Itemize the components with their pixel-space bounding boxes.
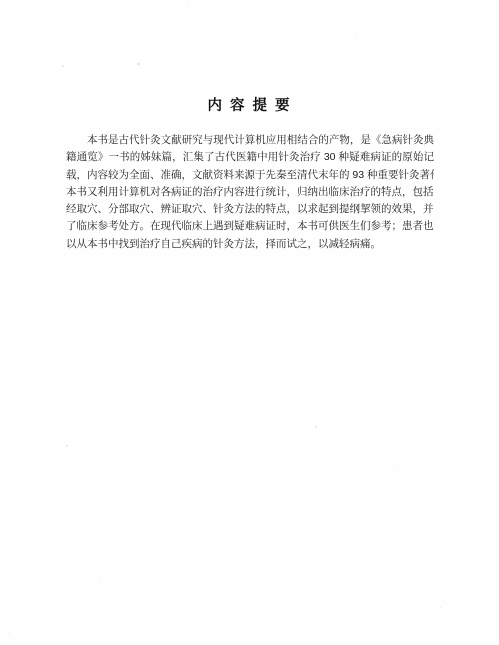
- paragraph-line: 了临床参考处方。在现代临床上遇到疑难病证时，本书可供医生们参考；患者也可: [66, 218, 434, 235]
- paragraph-line: 本书是古代针灸文献研究与现代计算机应用相结合的产物，是《急病针灸典: [66, 132, 434, 149]
- scan-noise-speck: [8, 633, 9, 634]
- scan-noise-speck: [62, 65, 64, 67]
- paragraph-line: 籍通览》一书的姊妹篇，汇集了古代医籍中用针灸治疗 30 种疑难病证的原始记: [66, 149, 434, 166]
- paragraph-line: 经取穴、分部取穴、辨证取穴、针灸方法的特点，以求起到提纲挈领的效果，并提出: [66, 201, 434, 218]
- paragraph-line: 以从本书中找到治疗自己疾病的针灸方法，择而试之，以减轻病痛。: [66, 236, 434, 253]
- scan-noise-speck: [315, 426, 317, 428]
- scanned-book-page: 内 容 提 要 本书是古代针灸文献研究与现代计算机应用相结合的产物，是《急病针灸…: [0, 0, 499, 645]
- scan-noise-speck: [397, 465, 398, 466]
- scan-noise-speck: [137, 63, 140, 65]
- scan-noise-speck: [355, 37, 356, 38]
- paragraph-line: 本书又利用计算机对各病证的治疗内容进行统计，归纳出临床治疗的特点，包括循: [66, 184, 434, 201]
- scan-noise-speck: [66, 445, 68, 447]
- paragraph-line: 载，内容较为全面、准确，文献资料来源于先秦至清代末年的 93 种重要针灸著作。: [66, 167, 434, 184]
- page-title: 内 容 提 要: [0, 97, 499, 115]
- scan-noise-speck: [99, 581, 100, 582]
- abstract-paragraph: 本书是古代针灸文献研究与现代计算机应用相结合的产物，是《急病针灸典 籍通览》一书…: [66, 132, 434, 253]
- scan-noise-speck: [440, 607, 441, 608]
- scan-noise-speck: [188, 3, 189, 4]
